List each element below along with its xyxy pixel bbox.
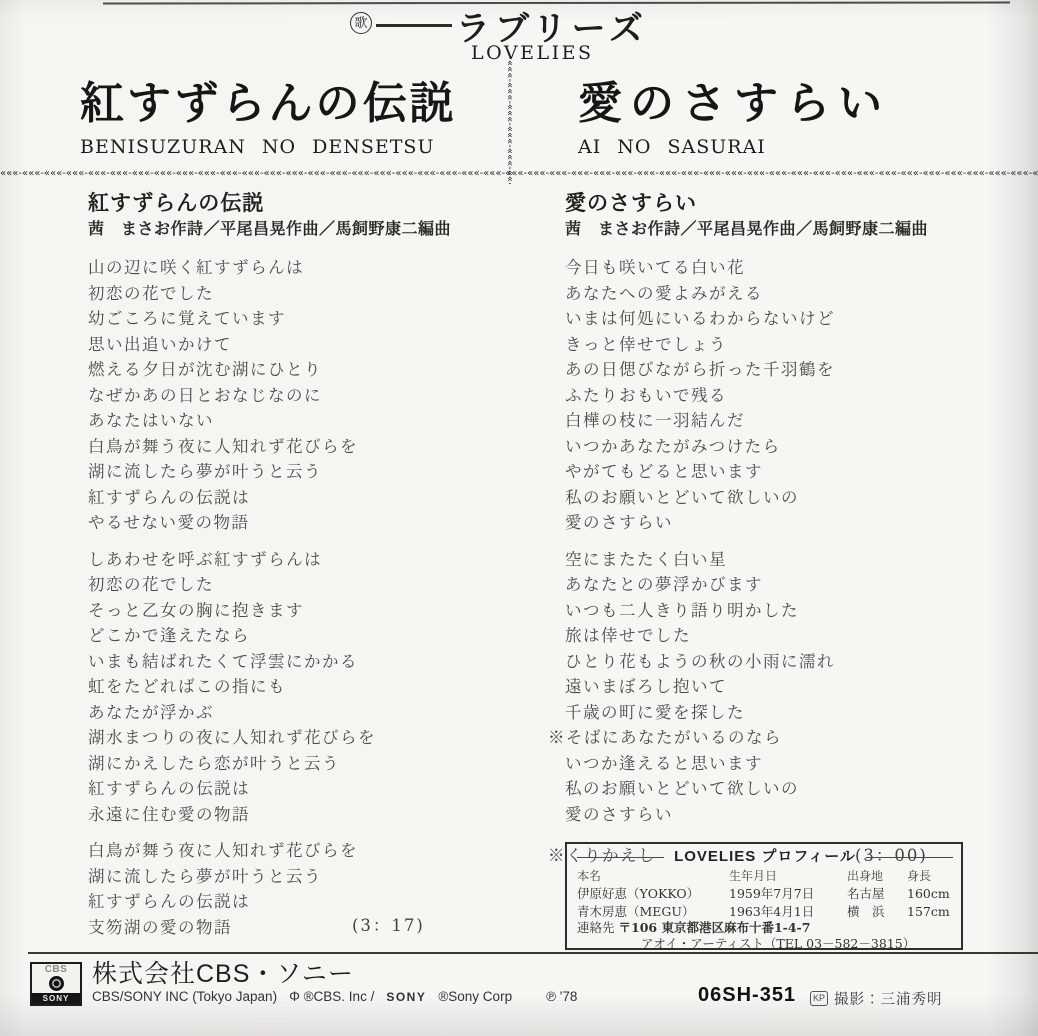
profile-header-realname: 本名 bbox=[577, 868, 729, 884]
lyrics-body-b: 今日も咲いてる白い花 あなたへの愛よみがえる いまは何処にいるわからないけど き… bbox=[565, 255, 1005, 869]
duration-side-a: (3：17) bbox=[352, 913, 425, 939]
trademark-sony-wordmark: SONY bbox=[386, 990, 426, 1004]
phonogram-year: ℗ '78 bbox=[546, 989, 577, 1004]
vertical-chevron-pattern: «««-«««-«««-«««-«««-«««-«««-«««-«««-«««-… bbox=[501, 60, 516, 184]
lyrics-verse: 山の辺に咲く紅すずらんは 初恋の花でした 幼ごころに覚えています 思い出追いかけ… bbox=[88, 255, 528, 536]
artist-name-en: LOVELIES bbox=[471, 42, 593, 64]
contact-address: 〒106 東京都港区麻布十番1-4-7 bbox=[619, 920, 811, 935]
lyrics-credits-b: 茜 まさお作詩／平尾昌晃作曲／馬飼野康二編曲 bbox=[565, 218, 1005, 240]
song-title-jp-b: 愛のさすらい bbox=[578, 76, 890, 132]
song-title-romaji-a: BENISUZURAN NO DENSETSU bbox=[80, 136, 456, 158]
profile-title: LOVELIES プロフィール bbox=[674, 848, 856, 866]
catalog-number: 06SH-351 bbox=[698, 984, 796, 1007]
profile-header-height: 身長 bbox=[907, 868, 953, 884]
profile-row: 青木房恵（MEGU） 1963年4月1日 横 浜 157cm bbox=[577, 904, 953, 920]
lyrics-verse-refrain: ※そばにあなたがいるのなら いつか逢えると思います 私のお願いとどいて欲しいの … bbox=[565, 725, 1005, 827]
profile-title-row: LOVELIES プロフィール bbox=[577, 848, 953, 866]
kp-mark-icon: KP bbox=[810, 991, 828, 1006]
profile-header-row: 本名 生年月日 出身地 身長 bbox=[577, 868, 953, 884]
lyrics-verse: 今日も咲いてる白い花 あなたへの愛よみがえる いまは何処にいるわからないけど き… bbox=[565, 255, 1005, 536]
cbs-logo-text: CBS bbox=[32, 965, 80, 975]
lyrics-song-title-a: 紅すずらんの伝説 bbox=[88, 190, 528, 216]
song-seal-icon: 歌 bbox=[350, 12, 372, 34]
title-block-side-a: 紅すずらんの伝説 BENISUZURAN NO DENSETSU bbox=[80, 76, 456, 158]
profile-cell-height: 160cm bbox=[907, 886, 953, 902]
vertical-chevron-divider: «««-«««-«««-«««-«««-«««-«««-«««-«««-«««-… bbox=[501, 60, 516, 184]
profile-header-hometown: 出身地 bbox=[847, 868, 907, 884]
profile-cell-name: 伊原好恵（YOKKO） bbox=[577, 886, 729, 902]
record-sleeve-back: 歌 ラブリーズ LOVELIES 紅すずらんの伝説 BENISUZURAN NO… bbox=[0, 0, 1038, 1036]
song-title-romaji-b: AI NO SASURAI bbox=[578, 136, 890, 158]
profile-box: LOVELIES プロフィール 本名 生年月日 出身地 身長 伊原好恵（YOKK… bbox=[565, 842, 963, 950]
profile-cell-birth: 1963年4月1日 bbox=[729, 904, 847, 920]
profile-cell-hometown: 横 浜 bbox=[847, 904, 907, 920]
photo-credit-row: KP 撮影：三浦秀明 bbox=[810, 988, 943, 1009]
song-title-jp-a: 紅すずらんの伝説 bbox=[80, 76, 456, 132]
profile-title-line-right bbox=[866, 857, 953, 858]
profile-header-birthdate: 生年月日 bbox=[729, 868, 847, 884]
sony-logo-text: SONY bbox=[32, 993, 80, 1004]
lyrics-column-side-b: 愛のさすらい 茜 まさお作詩／平尾昌晃作曲／馬飼野康二編曲 今日も咲いてる白い花… bbox=[565, 190, 1005, 869]
profile-cell-hometown: 名古屋 bbox=[847, 886, 907, 902]
profile-cell-height: 157cm bbox=[907, 904, 953, 920]
trademark-cbs: Φ ®CBS. Inc / bbox=[289, 989, 374, 1004]
lyrics-body-a: 山の辺に咲く紅すずらんは 初恋の花でした 幼ごころに覚えています 思い出追いかけ… bbox=[88, 255, 528, 940]
lyrics-verse: 白鳥が舞う夜に人知れず花びらを 湖に流したら夢が叶うと云う 紅すずらんの伝説は … bbox=[88, 838, 528, 940]
title-block-side-b: 愛のさすらい AI NO SASURAI bbox=[578, 76, 890, 158]
company-name-en: CBS/SONY INC (Tokyo Japan) bbox=[92, 989, 277, 1004]
profile-cell-name: 青木房恵（MEGU） bbox=[577, 904, 729, 920]
cbs-sony-logo: CBS SONY bbox=[30, 962, 82, 1006]
profile-cell-birth: 1959年7月7日 bbox=[729, 886, 847, 902]
company-name-jp: 株式会社CBS・ソニー bbox=[92, 954, 354, 990]
lyrics-column-side-a: 紅すずらんの伝説 茜 まさお作詩／平尾昌晃作曲／馬飼野康二編曲 山の辺に咲く紅す… bbox=[88, 190, 528, 951]
trademark-sony-corp: ®Sony Corp bbox=[438, 989, 512, 1004]
lyrics-credits-a: 茜 まさお作詩／平尾昌晃作曲／馬飼野康二編曲 bbox=[88, 218, 528, 240]
profile-agency-line: アオイ・アーティスト（TEL 03－582－3815） bbox=[577, 936, 953, 952]
lyrics-verse: 空にまたたく白い星 あなたとの夢浮かびます いつも二人きり語り明かした 旅は倖せ… bbox=[565, 547, 1005, 726]
profile-contact-line: 連絡先 〒106 東京都港区麻布十番1-4-7 bbox=[577, 920, 953, 936]
cbs-eye-icon bbox=[49, 976, 64, 991]
profile-row: 伊原好恵（YOKKO） 1959年7月7日 名古屋 160cm bbox=[577, 886, 953, 902]
photo-credit: 撮影：三浦秀明 bbox=[834, 988, 943, 1009]
company-legal-row: CBS/SONY INC (Tokyo Japan) Φ ®CBS. Inc /… bbox=[92, 989, 577, 1004]
profile-title-line-left bbox=[577, 857, 664, 858]
contact-label: 連絡先 bbox=[577, 920, 615, 935]
header-dash-line bbox=[376, 24, 452, 27]
lyrics-song-title-b: 愛のさすらい bbox=[565, 190, 1005, 216]
horizontal-chevron-border: «««-«««-«««-«««-«««-«««-«««-«««-«««-«««-… bbox=[0, 167, 1038, 181]
lyrics-verse: しあわせを呼ぶ紅すずらんは 初恋の花でした そっと乙女の胸に抱きます どこかで逢… bbox=[88, 547, 528, 828]
lyrics-final-verse-a: 白鳥が舞う夜に人知れず花びらを 湖に流したら夢が叶うと云う 紅すずらんの伝説は … bbox=[88, 838, 528, 940]
